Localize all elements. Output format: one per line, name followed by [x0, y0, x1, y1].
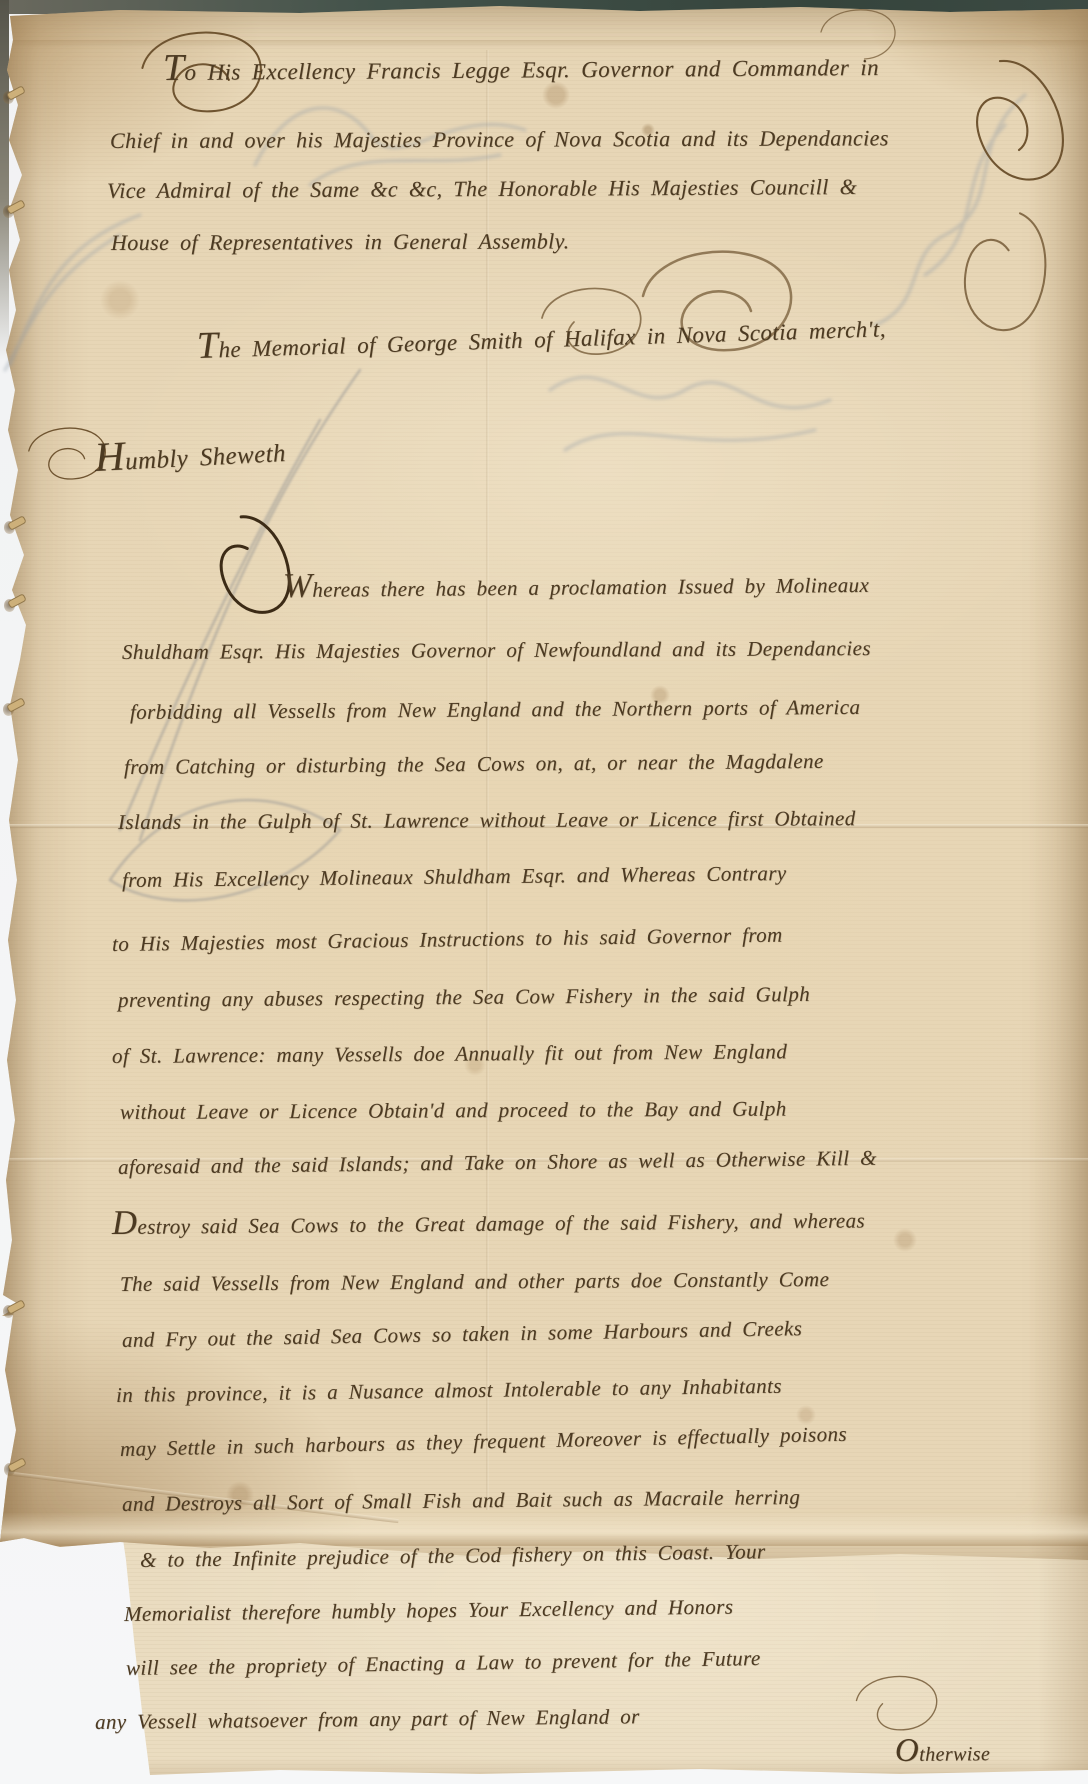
- address-line: Chief in and over his Majesties Province…: [110, 125, 889, 154]
- address-line: House of Representatives in General Asse…: [111, 228, 570, 256]
- body-line: from Catching or disturbing the Sea Cows…: [124, 749, 824, 780]
- pen-flourish-icon: [812, 2, 902, 62]
- body-line: & to the Infinite prejudice of the Cod f…: [140, 1539, 766, 1573]
- manuscript-scan: To His Excellency Francis Legge Esqr. Go…: [0, 0, 1088, 1784]
- body-line: and Fry out the said Sea Cows so taken i…: [122, 1316, 803, 1353]
- body-line: will see the propriety of Enacting a Law…: [126, 1646, 761, 1681]
- ink-text-layer: To His Excellency Francis Legge Esqr. Go…: [0, 0, 1088, 1784]
- pen-flourish-icon: [848, 1668, 943, 1733]
- ink-bleedthrough-mark: [845, 85, 1045, 335]
- body-line: forbidding all Vessells from New England…: [130, 695, 861, 725]
- body-line: to His Majesties most Gracious Instructi…: [112, 923, 783, 957]
- body-line: Destroy said Sea Cows to the Great damag…: [112, 1208, 865, 1240]
- body-line: Whereas there has been a proclamation Is…: [283, 573, 869, 603]
- pen-flourish-icon: [940, 37, 1088, 197]
- body-line: preventing any abuses respecting the Sea…: [118, 982, 810, 1013]
- body-line: in this province, it is a Nusance almost…: [116, 1374, 782, 1408]
- body-line: Otherwise: [895, 1743, 990, 1767]
- body-line: any Vessell whatsoever from any part of …: [95, 1704, 640, 1735]
- pen-flourish-icon: [926, 198, 1088, 342]
- body-line: aforesaid and the said Islands; and Take…: [118, 1146, 877, 1180]
- body-line: Shuldham Esqr. His Majesties Governor of…: [122, 636, 871, 665]
- pen-flourish-icon: [186, 497, 326, 628]
- body-line: without Leave or Licence Obtain'd and pr…: [120, 1097, 787, 1125]
- address-line: Vice Admiral of the Same &c &c, The Hono…: [107, 174, 857, 204]
- address-line: To His Excellency Francis Legge Esqr. Go…: [163, 55, 879, 86]
- body-line: Memorialist therefore humbly hopes Your …: [124, 1595, 734, 1627]
- body-line: The said Vessells from New England and o…: [120, 1267, 829, 1297]
- salutation-line: Humbly Sheweth: [94, 440, 286, 478]
- body-line: may Settle in such harbours as they freq…: [120, 1422, 848, 1462]
- memorial-line: The Memorial of George Smith of Halifax …: [197, 316, 887, 364]
- body-line: from His Excellency Molineaux Shuldham E…: [122, 861, 787, 893]
- body-line: Islands in the Gulph of St. Lawrence wit…: [118, 806, 856, 835]
- body-line: of St. Lawrence: many Vessells doe Annua…: [112, 1039, 787, 1069]
- body-line: and Destroys all Sort of Small Fish and …: [122, 1485, 801, 1517]
